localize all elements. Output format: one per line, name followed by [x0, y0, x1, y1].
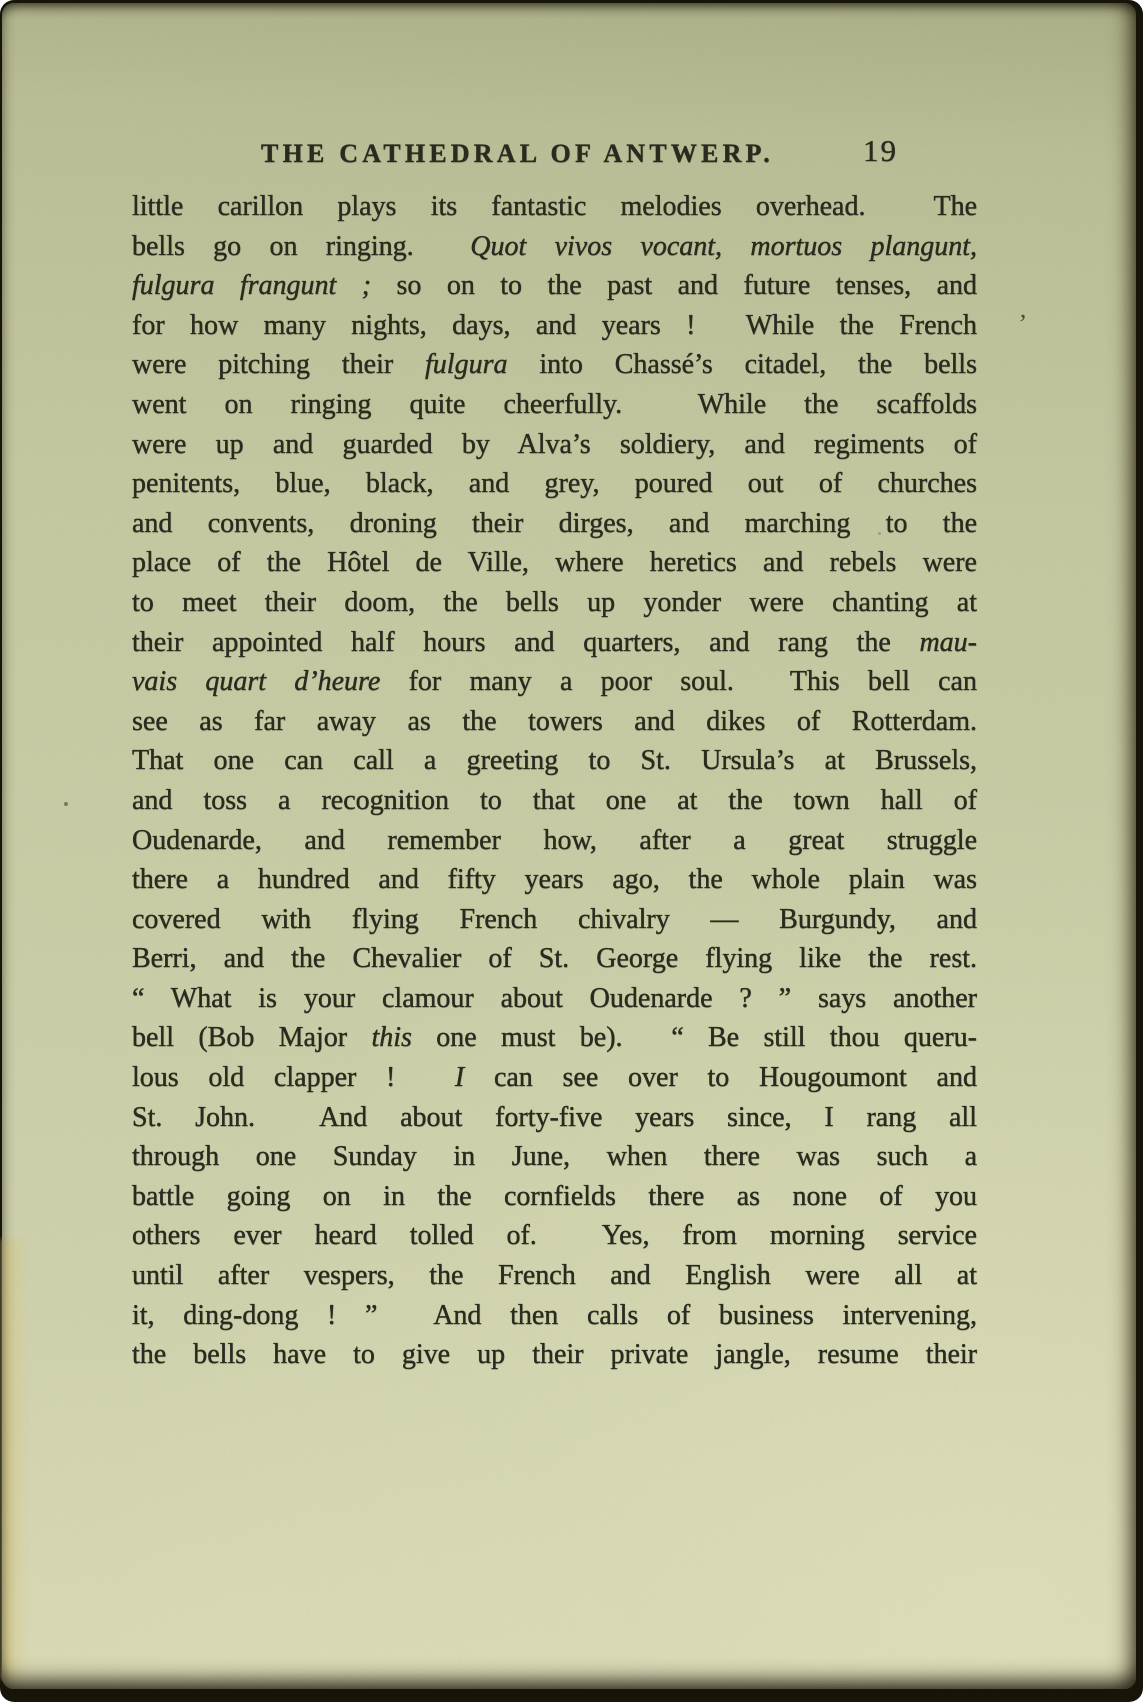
book-page-photo: THE CATHEDRAL OF ANTWERP. 19 little cari…	[0, 0, 1143, 1702]
text-segment: one must be). “ Be still thou queru-	[412, 1022, 977, 1053]
text-segment: the bells have to give up their private …	[132, 1339, 977, 1370]
text-line: there a hundred and fifty years ago, the…	[132, 860, 977, 900]
text-line: went on ringing quite cheerfully. While …	[132, 385, 977, 425]
text-segment: battle going on in the cornfields there …	[132, 1181, 977, 1212]
text-segment: and toss a recognition to that one at th…	[132, 785, 977, 816]
text-segment: for many a poor soul. This bell can	[380, 666, 977, 697]
text-segment: penitents, blue, black, and grey, poured…	[132, 468, 977, 499]
text-segment: place of the Hôtel de Ville, where heret…	[132, 547, 977, 578]
text-segment: for how many nights, days, and years ! W…	[132, 310, 977, 341]
text-segment: so on to the past and future tenses, and	[371, 270, 977, 301]
italic-text-segment: fulgura	[425, 349, 507, 380]
text-segment: it, ding-dong ! ” And then calls of busi…	[132, 1300, 977, 1331]
text-line: Oudenarde, and remember how, after a gre…	[132, 821, 977, 861]
text-line: “ What is your clamour about Oudenarde ?…	[132, 979, 977, 1019]
page-number: 19	[863, 133, 898, 169]
text-line: the bells have to give up their private …	[132, 1335, 977, 1375]
text-line: were pitching their fulgura into Chassé’…	[132, 345, 977, 385]
text-line: battle going on in the cornfields there …	[132, 1177, 977, 1217]
text-line: through one Sunday in June, when there w…	[132, 1137, 977, 1177]
text-segment: little carillon plays its fantastic melo…	[132, 191, 977, 222]
text-segment: Berri, and the Chevalier of St. George f…	[132, 943, 977, 974]
italic-text-segment: Quot vivos vocant, mortuos plangunt,	[470, 231, 977, 262]
text-line: until after vespers, the French and Engl…	[132, 1256, 977, 1296]
text-segment: can see over to Hougoumont and	[464, 1062, 977, 1093]
text-segment: others ever heard tolled of. Yes, from m…	[132, 1220, 977, 1251]
scan-artifact-mark: ’	[1017, 309, 1028, 340]
text-line: little carillon plays its fantastic melo…	[132, 187, 977, 227]
text-segment: “ What is your clamour about Oudenarde ?…	[132, 983, 977, 1014]
text-segment: were up and guarded by Alva’s soldiery, …	[132, 429, 977, 460]
text-line: covered with flying French chivalry — Bu…	[132, 900, 977, 940]
text-segment: see as far away as the towers and dikes …	[132, 706, 977, 737]
text-line: bells go on ringing. Quot vivos vocant, …	[132, 227, 977, 267]
page-body-text: little carillon plays its fantastic melo…	[132, 187, 977, 1375]
text-line: to meet their doom, the bells up yonder …	[132, 583, 977, 623]
text-segment: their appointed half hours and quarters,…	[132, 627, 919, 658]
italic-text-segment: vais quart d’heure	[132, 666, 380, 697]
text-segment: were pitching their	[132, 349, 425, 380]
text-segment: until after vespers, the French and Engl…	[132, 1260, 977, 1291]
text-segment: That one can call a greeting to St. Ursu…	[132, 745, 977, 776]
text-line: vais quart d’heure for many a poor soul.…	[132, 662, 977, 702]
text-segment: and convents, droning their dirges, and …	[132, 508, 977, 539]
text-line: St. John. And about forty-five years sin…	[132, 1098, 977, 1138]
text-line: their appointed half hours and quarters,…	[132, 623, 977, 663]
text-segment: lous old clapper !	[132, 1062, 455, 1093]
text-segment: into Chassé’s citadel, the bells	[507, 349, 977, 380]
text-line: bell (Bob Major this one must be). “ Be …	[132, 1018, 977, 1058]
running-header-title: THE CATHEDRAL OF ANTWERP.	[95, 139, 940, 169]
italic-text-segment: this	[371, 1022, 411, 1053]
text-segment: Oudenarde, and remember how, after a gre…	[132, 825, 977, 856]
text-line: That one can call a greeting to St. Ursu…	[132, 741, 977, 781]
text-line: penitents, blue, black, and grey, poured…	[132, 464, 977, 504]
text-line: it, ding-dong ! ” And then calls of busi…	[132, 1296, 977, 1336]
text-segment: bell (Bob Major	[132, 1022, 371, 1053]
text-segment: went on ringing quite cheerfully. While …	[132, 389, 977, 420]
text-line: lous old clapper ! I can see over to Hou…	[132, 1058, 977, 1098]
text-line: others ever heard tolled of. Yes, from m…	[132, 1216, 977, 1256]
italic-text-segment: fulgura frangunt ;	[132, 270, 371, 301]
paper-speck	[878, 532, 881, 535]
text-line: Berri, and the Chevalier of St. George f…	[132, 939, 977, 979]
text-line: for how many nights, days, and years ! W…	[132, 306, 977, 346]
page-header: THE CATHEDRAL OF ANTWERP. 19	[132, 139, 977, 181]
text-segment: there a hundred and fifty years ago, the…	[132, 864, 977, 895]
page-edge-highlight	[2, 1239, 28, 1679]
text-line: and toss a recognition to that one at th…	[132, 781, 977, 821]
text-segment: bells go on ringing.	[132, 231, 470, 262]
text-line: fulgura frangunt ; so on to the past and…	[132, 266, 977, 306]
italic-text-segment: mau-	[919, 627, 977, 658]
text-segment: to meet their doom, the bells up yonder …	[132, 587, 977, 618]
text-line: and convents, droning their dirges, and …	[132, 504, 977, 544]
text-segment: covered with flying French chivalry — Bu…	[132, 904, 977, 935]
text-segment: through one Sunday in June, when there w…	[132, 1141, 977, 1172]
text-line: place of the Hôtel de Ville, where heret…	[132, 543, 977, 583]
text-line: were up and guarded by Alva’s soldiery, …	[132, 425, 977, 465]
page-paper: THE CATHEDRAL OF ANTWERP. 19 little cari…	[2, 3, 1136, 1689]
text-segment: St. John. And about forty-five years sin…	[132, 1102, 977, 1133]
paper-speck	[64, 802, 68, 806]
text-line: see as far away as the towers and dikes …	[132, 702, 977, 742]
italic-text-segment: I	[455, 1062, 464, 1093]
